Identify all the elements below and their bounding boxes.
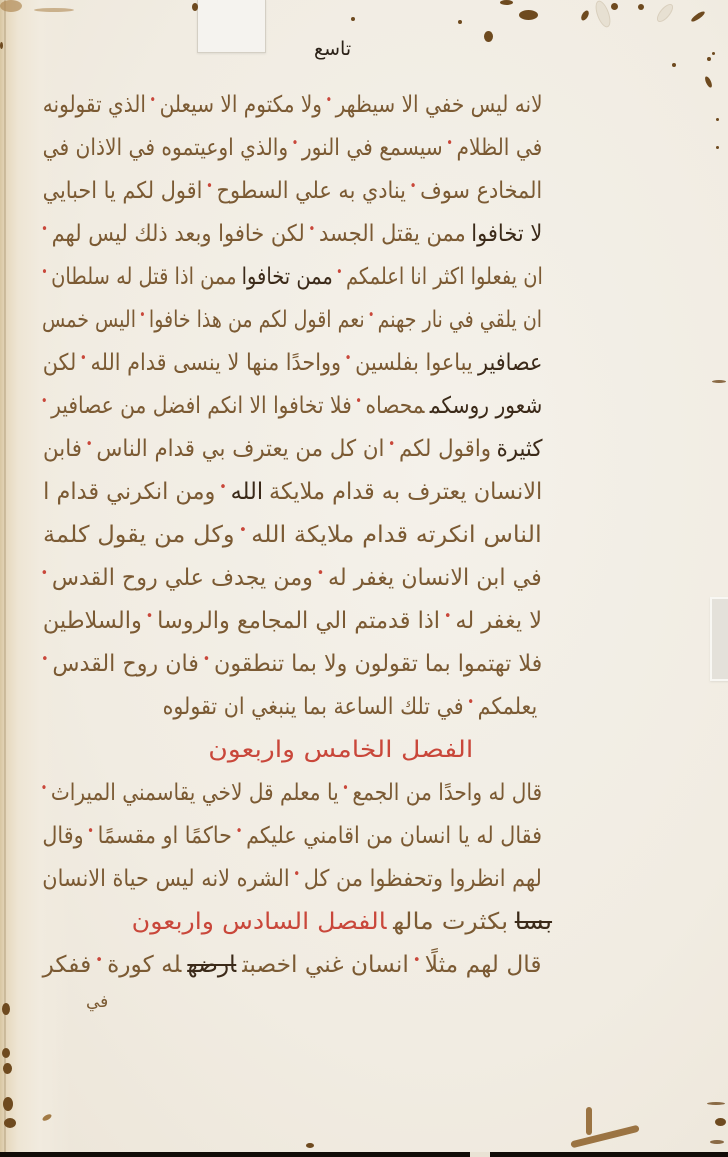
wormhole (2, 1048, 10, 1058)
text-segment-dark-ink: لا تخافوا (471, 221, 542, 247)
verse-separator: • (388, 437, 395, 452)
manuscript-line: المخادع سوف•ينادي به علي السطوح•اقول لكم… (0, 170, 728, 213)
line-text: شعور روسكممحصاه•فلا تخافوا الا انكم افضل… (40, 385, 545, 431)
text-segment: يباعوا بفلسين (355, 350, 472, 376)
text-segment: ففكر (43, 952, 92, 978)
text-segment: حاكمًا او مقسمًا (98, 823, 232, 849)
wormhole (672, 63, 676, 67)
text-segment: انسان غني اخصبت (243, 952, 410, 978)
text-segment: فابن (43, 436, 82, 462)
wormhole (580, 9, 591, 22)
paper-repair-tab (197, 0, 266, 53)
text-segment: ممن اذا قتل له سلطان (51, 264, 236, 290)
wormhole (41, 1113, 52, 1122)
verse-separator: • (206, 179, 213, 194)
quire-signature: تاسع (314, 38, 351, 60)
text-segment: والذي اوعيتموه في الاذان في (43, 135, 289, 161)
verse-separator: • (446, 136, 453, 151)
text-segment: فلا تخافوا الا انكم افضل من عصافير (51, 393, 352, 419)
verse-separator: • (149, 93, 156, 108)
wormhole (3, 1063, 12, 1074)
edge-mark (715, 1118, 726, 1126)
line-text: الانسان يعترف به قدام ملايكةالله•ومن انك… (40, 471, 545, 517)
text-segment: في ابن الانسان يغفر له (328, 565, 542, 591)
wormhole (519, 10, 538, 20)
manuscript-line: فلا تهتموا بما تقولون ولا بما تنطقون•فان… (0, 643, 728, 686)
worm-track (654, 1, 676, 24)
line-text: لهم انظروا وتحفظوا من كل•الشره لانه ليس … (40, 858, 545, 904)
line-text: لا تخافواممن يقتل الجسد•لكن خافوا وبعد ذ… (40, 213, 545, 259)
verse-separator: • (41, 222, 48, 237)
text-segment: قال له واحدًا من الجمع (353, 780, 543, 806)
text-segment: اذا قدمتم الي المجامع والروسا (157, 608, 440, 634)
text-segment: والسلاطين (43, 608, 142, 634)
struck-through-text: بسا (514, 909, 551, 935)
verse-separator: • (345, 351, 352, 366)
wormhole (4, 1118, 16, 1128)
line-text: قال له واحدًا من الجمع•يا معلم قل لاخي ي… (40, 772, 545, 818)
text-segment: فلا تهتموا بما تقولون ولا بما تنطقون (214, 651, 542, 677)
text-segment: يعلمكم (478, 694, 538, 720)
text-segment: لكن (43, 350, 77, 376)
line-text: ان يفعلوا اكثر انا اعلمكم•ممن تخافواممن … (40, 256, 545, 302)
text-segment: ان يلقي في نار جهنم (378, 307, 542, 333)
manuscript-line: بسابكثرت مالهالفصل السادس واربعون (0, 901, 728, 944)
verse-separator: • (96, 953, 104, 968)
verse-separator: • (410, 179, 417, 194)
chapter-heading: الفصل الخامس واربعون (0, 729, 728, 772)
edge-mark (0, 42, 3, 49)
text-segment: فان روح القدس (52, 651, 198, 677)
wormhole (690, 10, 706, 23)
text-segment: لا يغفر له (455, 608, 542, 634)
text-segment: ان كل من يعترف بي قدام الناس (96, 436, 384, 462)
verse-separator: • (41, 652, 48, 667)
text-segment: سيسمع في النور (302, 135, 443, 161)
text-segment: بكثرت ماله (393, 909, 508, 935)
line-text: فلا تهتموا بما تقولون ولا بما تنطقون•فان… (40, 643, 545, 689)
verse-separator: • (87, 824, 94, 839)
text-segment-dark-ink: عصافير (478, 350, 542, 376)
manuscript-line: يعلمكم•في تلك الساعة بما ينبغي ان تقولوه (0, 686, 728, 729)
verse-separator: • (140, 308, 146, 323)
wormhole (638, 4, 644, 10)
manuscript-line: ان يلقي في نار جهنم•نعم اقول لكم من هذا … (0, 299, 728, 342)
manuscript-text-block: لانه ليس خفي الا سيظهر•ولا مكتوم الا سيع… (0, 84, 728, 987)
manuscript-line: في ابن الانسان يغفر له•ومن يجدف علي روح … (0, 557, 728, 600)
line-text: في الظلام•سيسمع في النور•والذي اوعيتموه … (40, 127, 545, 173)
edge-mark (710, 1140, 724, 1144)
manuscript-line: كثيرةواقول لكم•ان كل من يعترف بي قدام ال… (0, 428, 728, 471)
manuscript-line: شعور روسكممحصاه•فلا تخافوا الا انكم افضل… (0, 385, 728, 428)
line-text: عصافيريباعوا بفلسين•وواحدًا منها لا ينسى… (40, 342, 545, 388)
text-segment: ممن يقتل الجسد (319, 221, 466, 247)
verse-separator: • (368, 308, 374, 323)
verse-separator: • (413, 953, 421, 968)
verse-separator: • (236, 824, 243, 839)
line-text: بسابكثرت مالهالفصل السادس واربعون (128, 901, 555, 944)
verse-separator: • (203, 652, 210, 667)
worm-track (586, 1107, 592, 1135)
line-text: فقال له يا انسان من اقامني عليكم•حاكمًا … (40, 815, 545, 861)
manuscript-line: قال له واحدًا من الجمع•يا معلم قل لاخي ي… (0, 772, 728, 815)
manuscript-line: لا تخافواممن يقتل الجسد•لكن خافوا وبعد ذ… (0, 213, 728, 256)
verse-separator: • (292, 136, 299, 151)
verse-separator: • (239, 523, 247, 538)
text-segment: في تلك الساعة بما ينبغي ان تقولوه (163, 694, 464, 720)
text-segment: الناس انكرته قدام ملايكة الله (251, 522, 542, 548)
verse-separator: • (342, 781, 349, 796)
line-text: قال لهم مثلًا•انسان غني اخصبتارضهله كورة… (40, 944, 545, 990)
line-text: الفصل الخامس واربعون (205, 729, 477, 772)
verse-separator: • (336, 265, 342, 280)
verse-separator: • (317, 566, 324, 581)
verse-separator: • (444, 609, 451, 624)
verse-separator: • (41, 566, 48, 581)
text-segment-dark-ink: كثيرة (496, 436, 542, 462)
verse-separator: • (85, 437, 92, 452)
text-segment: فقال له يا انسان من اقامني عليكم (246, 823, 542, 849)
text-segment: واقول لكم (399, 436, 491, 462)
text-segment: اليس خمس (42, 307, 136, 333)
worm-track (570, 1125, 640, 1149)
wormhole (2, 1003, 10, 1015)
line-text: ان يلقي في نار جهنم•نعم اقول لكم من هذا … (40, 299, 545, 345)
line-text: لا يغفر له•اذا قدمتم الي المجامع والروسا… (40, 600, 545, 646)
wormhole (351, 17, 355, 21)
text-segment: في الظلام (457, 135, 543, 161)
text-segment: الانسان يعترف به قدام ملايكة (269, 479, 542, 505)
text-segment: له كورة (108, 952, 182, 978)
text-segment: ومن يجدف علي روح القدس (52, 565, 313, 591)
text-segment: الشره لانه ليس حياة الانسان (43, 866, 290, 892)
text-segment: ومن انكرني قدام ا (43, 479, 215, 505)
text-segment: وكل من يقول كلمة (43, 522, 235, 548)
manuscript-line: لا يغفر له•اذا قدمتم الي المجامع والروسا… (0, 600, 728, 643)
manuscript-line: لهم انظروا وتحفظوا من كل•الشره لانه ليس … (0, 858, 728, 901)
verse-separator: • (219, 480, 226, 495)
wormhole (500, 0, 513, 5)
verse-separator: • (41, 265, 47, 280)
manuscript-line: عصافيريباعوا بفلسين•وواحدًا منها لا ينسى… (0, 342, 728, 385)
wormhole (712, 52, 715, 55)
text-segment: ولا مكتوم الا سيعلن (159, 92, 321, 118)
text-segment: وواحدًا منها لا ينسى قدام الله (90, 350, 341, 376)
manuscript-line: فقال له يا انسان من اقامني عليكم•حاكمًا … (0, 815, 728, 858)
text-segment: محصاه (366, 393, 425, 419)
verse-separator: • (294, 867, 301, 882)
text-segment: لكن خافوا وبعد ذلك ليس لهم (52, 221, 305, 247)
struck-through-text: ارضه (188, 952, 237, 978)
text-segment: قال لهم مثلًا (425, 952, 542, 978)
manuscript-line: الناس انكرته قدام ملايكة الله•وكل من يقو… (0, 514, 728, 557)
text-segment: لانه ليس خفي الا سيظهر (335, 92, 542, 118)
manuscript-line: في الظلام•سيسمع في النور•والذي اوعيتموه … (0, 127, 728, 170)
manuscript-line: قال لهم مثلًا•انسان غني اخصبتارضهله كورة… (0, 944, 728, 987)
corner-stain (34, 8, 74, 12)
verse-separator: • (308, 222, 315, 237)
line-text: كثيرةواقول لكم•ان كل من يعترف بي قدام ال… (40, 428, 545, 474)
verse-separator: • (41, 394, 48, 409)
text-segment-dark-ink: الله (230, 479, 262, 505)
wormhole (484, 31, 493, 42)
edge-mark (707, 1102, 725, 1105)
wormhole (707, 57, 711, 61)
wormhole (3, 1097, 13, 1111)
wormhole (611, 3, 618, 10)
text-segment: لهم انظروا وتحفظوا من كل (304, 866, 542, 892)
wormhole (192, 3, 198, 11)
corner-stain (0, 0, 22, 12)
line-text: يعلمكم•في تلك الساعة بما ينبغي ان تقولوه (160, 686, 540, 732)
text-segment-dark-ink: شعور روسكم (430, 393, 543, 419)
page-bottom-edge-gap (470, 1152, 490, 1157)
verse-separator: • (80, 351, 87, 366)
page-bottom-edge (0, 1152, 728, 1157)
verse-separator: • (325, 93, 332, 108)
text-segment: نعم اقول لكم من هذا خافوا (149, 307, 365, 333)
chapter-heading-text: الفصل السادس واربعون (131, 909, 386, 935)
text-segment: اقول لكم يا احبايي (43, 178, 203, 204)
line-text: المخادع سوف•ينادي به علي السطوح•اقول لكم… (40, 170, 545, 216)
text-segment: يا معلم قل لاخي يقاسمني الميراث (51, 780, 339, 806)
manuscript-page: تاسع لانه ليس خفي الا سيظهر•ولا مكتوم ال… (0, 0, 728, 1157)
text-segment: ينادي به علي السطوح (217, 178, 406, 204)
text-segment: الذي تقولونه (43, 92, 146, 118)
catchword: في (86, 992, 108, 1012)
wormhole (306, 1143, 314, 1148)
verse-separator: • (355, 394, 362, 409)
line-text: في ابن الانسان يغفر له•ومن يجدف علي روح … (40, 557, 545, 603)
text-segment: المخادع سوف (420, 178, 542, 204)
verse-separator: • (41, 781, 48, 796)
line-text: الناس انكرته قدام ملايكة الله•وكل من يقو… (40, 514, 545, 560)
manuscript-line: الانسان يعترف به قدام ملايكةالله•ومن انك… (0, 471, 728, 514)
verse-separator: • (146, 609, 153, 624)
verse-separator: • (467, 695, 474, 710)
manuscript-line: لانه ليس خفي الا سيظهر•ولا مكتوم الا سيع… (0, 84, 728, 127)
text-segment: وقال (43, 823, 84, 849)
line-text: لانه ليس خفي الا سيظهر•ولا مكتوم الا سيع… (40, 84, 545, 130)
chapter-heading-text: الفصل الخامس واربعون (208, 737, 473, 763)
text-segment-dark-ink: ممن تخافوا (241, 264, 332, 290)
wormhole (458, 20, 462, 24)
manuscript-line: ان يفعلوا اكثر انا اعلمكم•ممن تخافواممن … (0, 256, 728, 299)
text-segment: ان يفعلوا اكثر انا اعلمكم (346, 264, 543, 290)
